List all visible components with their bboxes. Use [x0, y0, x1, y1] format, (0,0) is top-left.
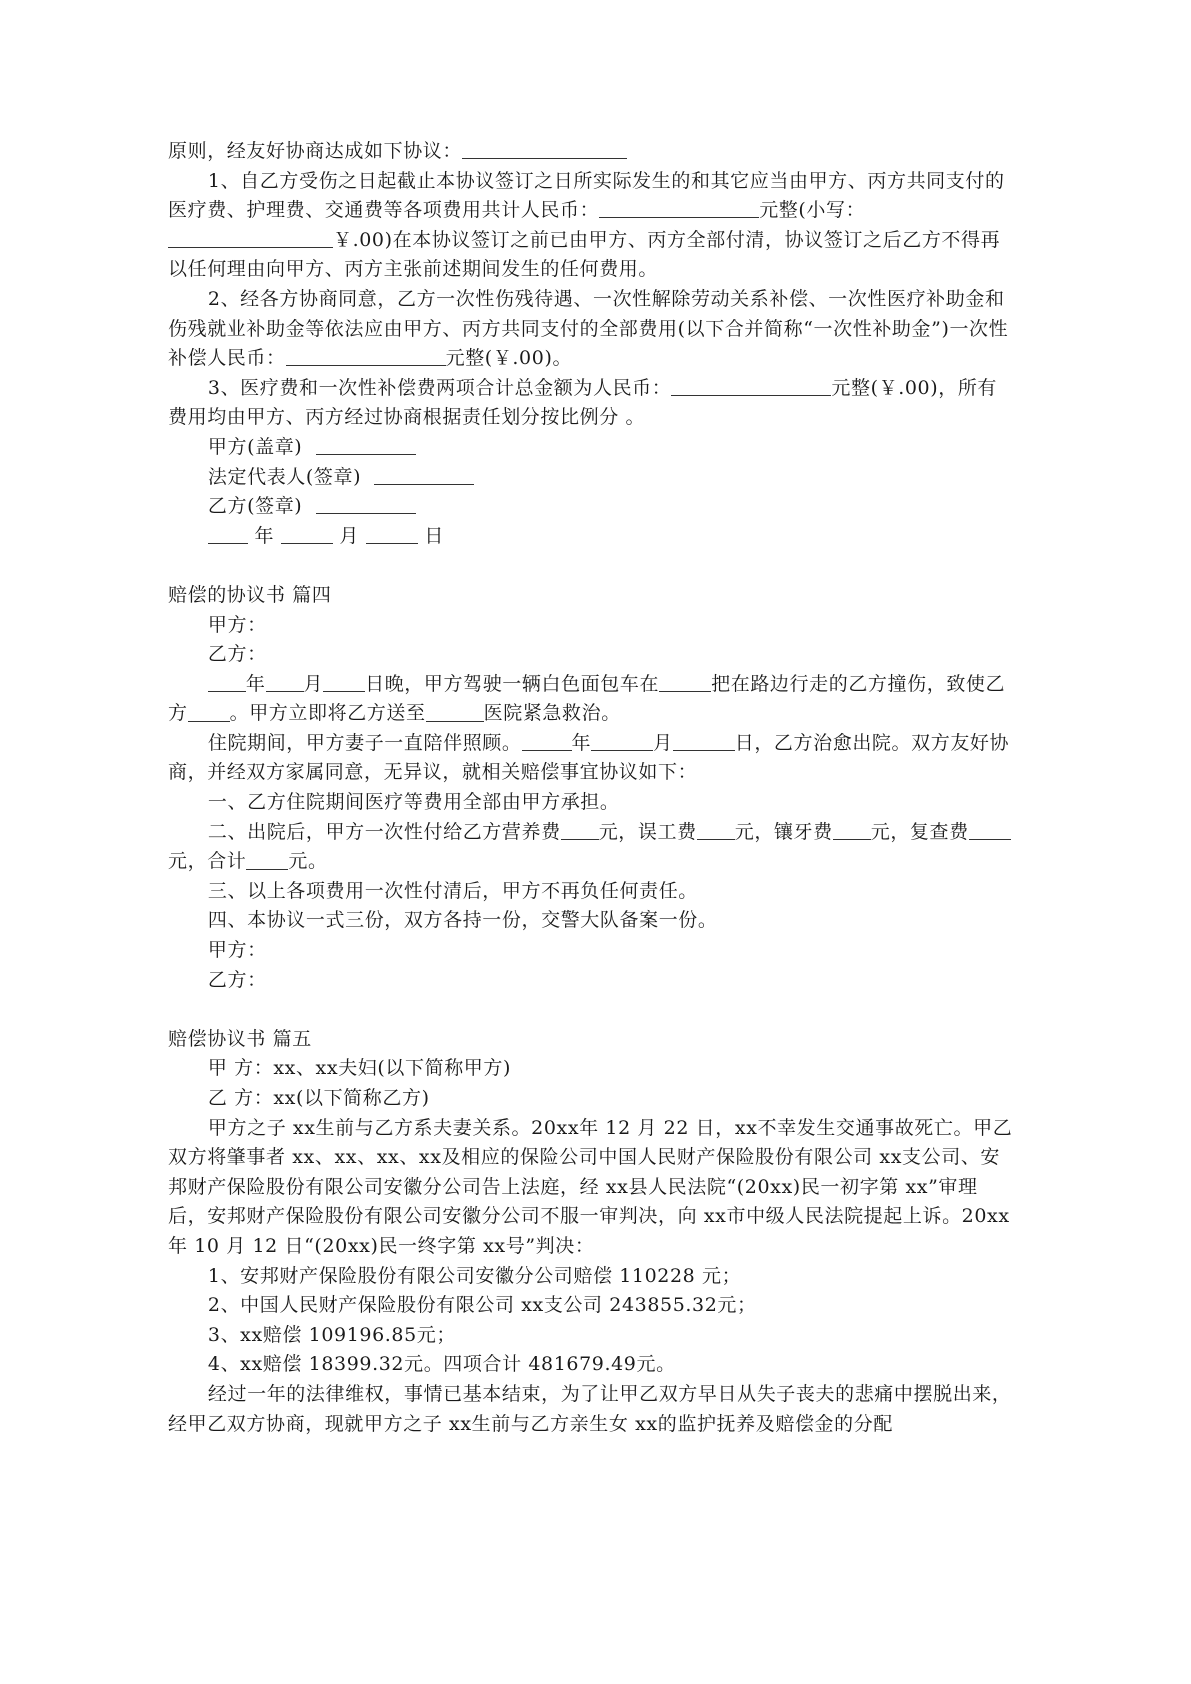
party-jia: 甲 方：xx、xx夫妇(以下简称甲方)	[168, 1054, 1013, 1084]
text: 。甲方立即将乙方送至	[230, 702, 426, 724]
intro-text: 原则，经友好协商达成如下协议：	[168, 140, 462, 162]
blank-field[interactable]	[462, 139, 627, 159]
blank-field[interactable]	[286, 346, 446, 366]
year-field[interactable]	[208, 524, 248, 544]
blank-field[interactable]	[561, 820, 599, 840]
blank-field[interactable]	[833, 820, 871, 840]
clause-3: 3、医疗费和一次性补偿费两项合计总金额为人民币：元整(￥.00)，所有费用均由甲…	[168, 374, 1013, 433]
signature-field[interactable]	[316, 494, 416, 514]
text: 元，复查费	[871, 821, 969, 843]
intro-line: 原则，经友好协商达成如下协议：	[168, 137, 1013, 167]
text: 医院紧急救治。	[484, 702, 621, 724]
text: 元，合计	[168, 850, 246, 872]
item-3: 三、以上各项费用一次性付清后，甲方不再负任何责任。	[168, 877, 1013, 907]
blank-field[interactable]	[522, 731, 572, 751]
blank-field[interactable]	[168, 228, 333, 248]
signature-label: 甲方(盖章)	[208, 436, 302, 458]
text: 元，误工费	[599, 821, 697, 843]
spacer	[168, 551, 1013, 581]
clause-1: 1、自乙方受伤之日起截止本协议签订之日所实际发生的和其它应当由甲方、丙方共同支付…	[168, 167, 1013, 285]
signature-label: 法定代表人(签章)	[208, 466, 361, 488]
section-title: 赔偿协议书 篇五	[168, 1025, 1013, 1055]
clause-text: 1、自乙方受伤之日起截止本协议签订之日所实际发生的和其它应当由甲方、丙方共同支付…	[168, 170, 1005, 222]
blank-field[interactable]	[266, 672, 304, 692]
item-4: 四、本协议一式三份，双方各持一份，交警大队备案一份。	[168, 906, 1013, 936]
year-label: 年	[255, 525, 275, 547]
item-1: 一、乙方住院期间医疗等费用全部由甲方承担。	[168, 788, 1013, 818]
blank-field[interactable]	[659, 672, 711, 692]
party-yi: 乙方：	[168, 640, 1013, 670]
signature-jia: 甲方(盖章)	[168, 433, 1013, 463]
judgment-item: 4、xx赔偿 18399.32元。四项合计 481679.49元。	[168, 1350, 1013, 1380]
signature-rep: 法定代表人(签章)	[168, 463, 1013, 493]
judgment-item: 1、安邦财产保险股份有限公司安徽分公司赔偿 110228 元；	[168, 1262, 1013, 1292]
sign-yi: 乙方：	[168, 966, 1013, 996]
clause-text: 元整(￥.00)。	[446, 347, 572, 369]
blank-field[interactable]	[208, 672, 246, 692]
day-field[interactable]	[366, 524, 418, 544]
signature-yi: 乙方(签章)	[168, 492, 1013, 522]
clause-text: 元整(小写：	[759, 199, 865, 221]
conclusion-paragraph: 经过一年的法律维权，事情已基本结束，为了让甲乙双方早日从失子丧夫的悲痛中摆脱出来…	[168, 1380, 1013, 1439]
text: 年	[572, 732, 592, 754]
judgment-item: 3、xx赔偿 109196.85元；	[168, 1321, 1013, 1351]
text: 元，镶牙费	[735, 821, 833, 843]
party-yi: 乙 方：xx(以下简称乙方)	[168, 1084, 1013, 1114]
month-field[interactable]	[281, 524, 333, 544]
signature-field[interactable]	[374, 465, 474, 485]
blank-field[interactable]	[599, 198, 759, 218]
date-line: 年 月 日	[168, 522, 1013, 552]
document-page: 原则，经友好协商达成如下协议： 1、自乙方受伤之日起截止本协议签订之日所实际发生…	[168, 137, 1013, 1439]
signature-label: 乙方(签章)	[208, 495, 302, 517]
party-jia: 甲方：	[168, 611, 1013, 641]
blank-field[interactable]	[671, 376, 831, 396]
clause-text: 3、医疗费和一次性补偿费两项合计总金额为人民币：	[208, 377, 672, 399]
blank-field[interactable]	[246, 850, 288, 870]
text: 月	[653, 732, 673, 754]
text: 元。	[288, 850, 327, 872]
day-label: 日	[424, 525, 444, 547]
text: 日晚，甲方驾驶一辆白色面包车在	[365, 673, 659, 695]
item-2: 二、出院后，甲方一次性付给乙方营养费元，误工费元，镶牙费元，复查费元，合计元。	[168, 818, 1013, 877]
clause-2: 2、经各方协商同意，乙方一次性伤残待遇、一次性解除劳动关系补偿、一次性医疗补助金…	[168, 285, 1013, 374]
text: 二、出院后，甲方一次性付给乙方营养费	[208, 821, 561, 843]
spacer	[168, 995, 1013, 1025]
hospital-paragraph: 住院期间，甲方妻子一直陪伴照顾。年月日，乙方治愈出院。双方友好协商，并经双方家属…	[168, 729, 1013, 788]
sign-jia: 甲方：	[168, 936, 1013, 966]
blank-field[interactable]	[697, 820, 735, 840]
blank-field[interactable]	[188, 702, 230, 722]
section-title: 赔偿的协议书 篇四	[168, 581, 1013, 611]
blank-field[interactable]	[323, 672, 365, 692]
signature-field[interactable]	[316, 435, 416, 455]
blank-field[interactable]	[591, 731, 653, 751]
background-paragraph: 甲方之子 xx生前与乙方系夫妻关系。20xx年 12 月 22 日，xx不幸发生…	[168, 1114, 1013, 1262]
text: 住院期间，甲方妻子一直陪伴照顾。	[208, 732, 522, 754]
blank-field[interactable]	[673, 731, 735, 751]
blank-field[interactable]	[969, 820, 1011, 840]
text: 年	[246, 673, 266, 695]
text: 月	[304, 673, 324, 695]
blank-field[interactable]	[426, 702, 484, 722]
incident-paragraph: 年月日晚，甲方驾驶一辆白色面包车在把在路边行走的乙方撞伤，致使乙方。甲方立即将乙…	[168, 670, 1013, 729]
judgment-item: 2、中国人民财产保险股份有限公司 xx支公司 243855.32元；	[168, 1291, 1013, 1321]
month-label: 月	[339, 525, 359, 547]
